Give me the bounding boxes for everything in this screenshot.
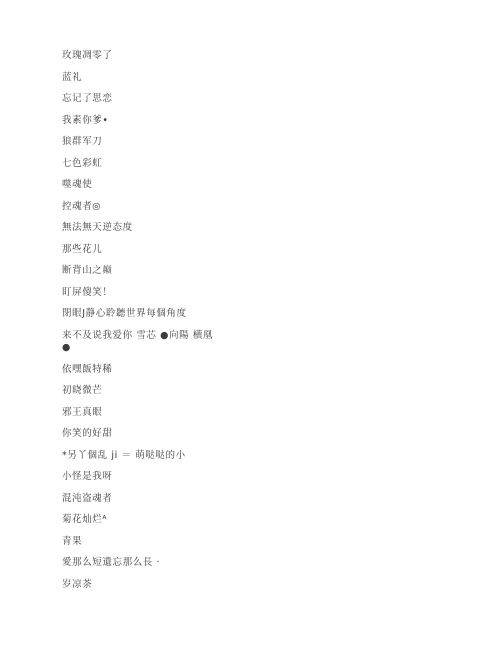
list-item: 初晓微芒 (62, 385, 220, 398)
list-item: 来不及说我爱你 雪芯 ●向陽 横凰 ● (62, 330, 220, 355)
list-item: 那些花儿 (62, 244, 220, 257)
list-item: 忘记了思恋 (62, 93, 220, 106)
list-item: 依嘿飯特稀 (62, 364, 220, 377)
list-item: 断背山之巅 (62, 265, 220, 278)
list-item: 青果 (62, 536, 220, 549)
list-item: 岁凉茶 (62, 579, 220, 592)
list-item: 無法無天逆态度 (62, 222, 220, 235)
list-item: 邪王真眼 (62, 407, 220, 420)
list-item: 玫瑰凋零了 (62, 50, 220, 63)
list-item: 七色彩虹 (62, 158, 220, 171)
list-item: 菊花灿烂ᴬ (62, 514, 220, 527)
nickname-list: 玫瑰凋零了蓝礼忘记了思恋我素你爹•狼群军刀七色彩虹噬魂使控魂者◎無法無天逆态度那… (62, 50, 220, 600)
list-item: *另丫個乱 ji ＝ 萌哒哒的小 (62, 450, 220, 463)
nickname-list-page: 玫瑰凋零了蓝礼忘记了思恋我素你爹•狼群军刀七色彩虹噬魂使控魂者◎無法無天逆态度那… (0, 0, 500, 647)
list-item: 閉眼J静心聆聽世界每個角度 (62, 308, 220, 321)
list-item: 愛那么短遺忘那么長 · (62, 557, 220, 570)
list-item: 小怪是我呀 (62, 471, 220, 484)
list-item: 我素你爹• (62, 115, 220, 128)
list-item: 混沌盗魂者 (62, 493, 220, 506)
list-item: 噬魂使 (62, 179, 220, 192)
list-item: 狼群军刀 (62, 136, 220, 149)
list-item: 控魂者◎ (62, 201, 220, 214)
list-item: 你笑的好甜 (62, 428, 220, 441)
list-item: 蓝礼 (62, 72, 220, 85)
list-item: 盯屏傻笑！ (62, 287, 220, 300)
